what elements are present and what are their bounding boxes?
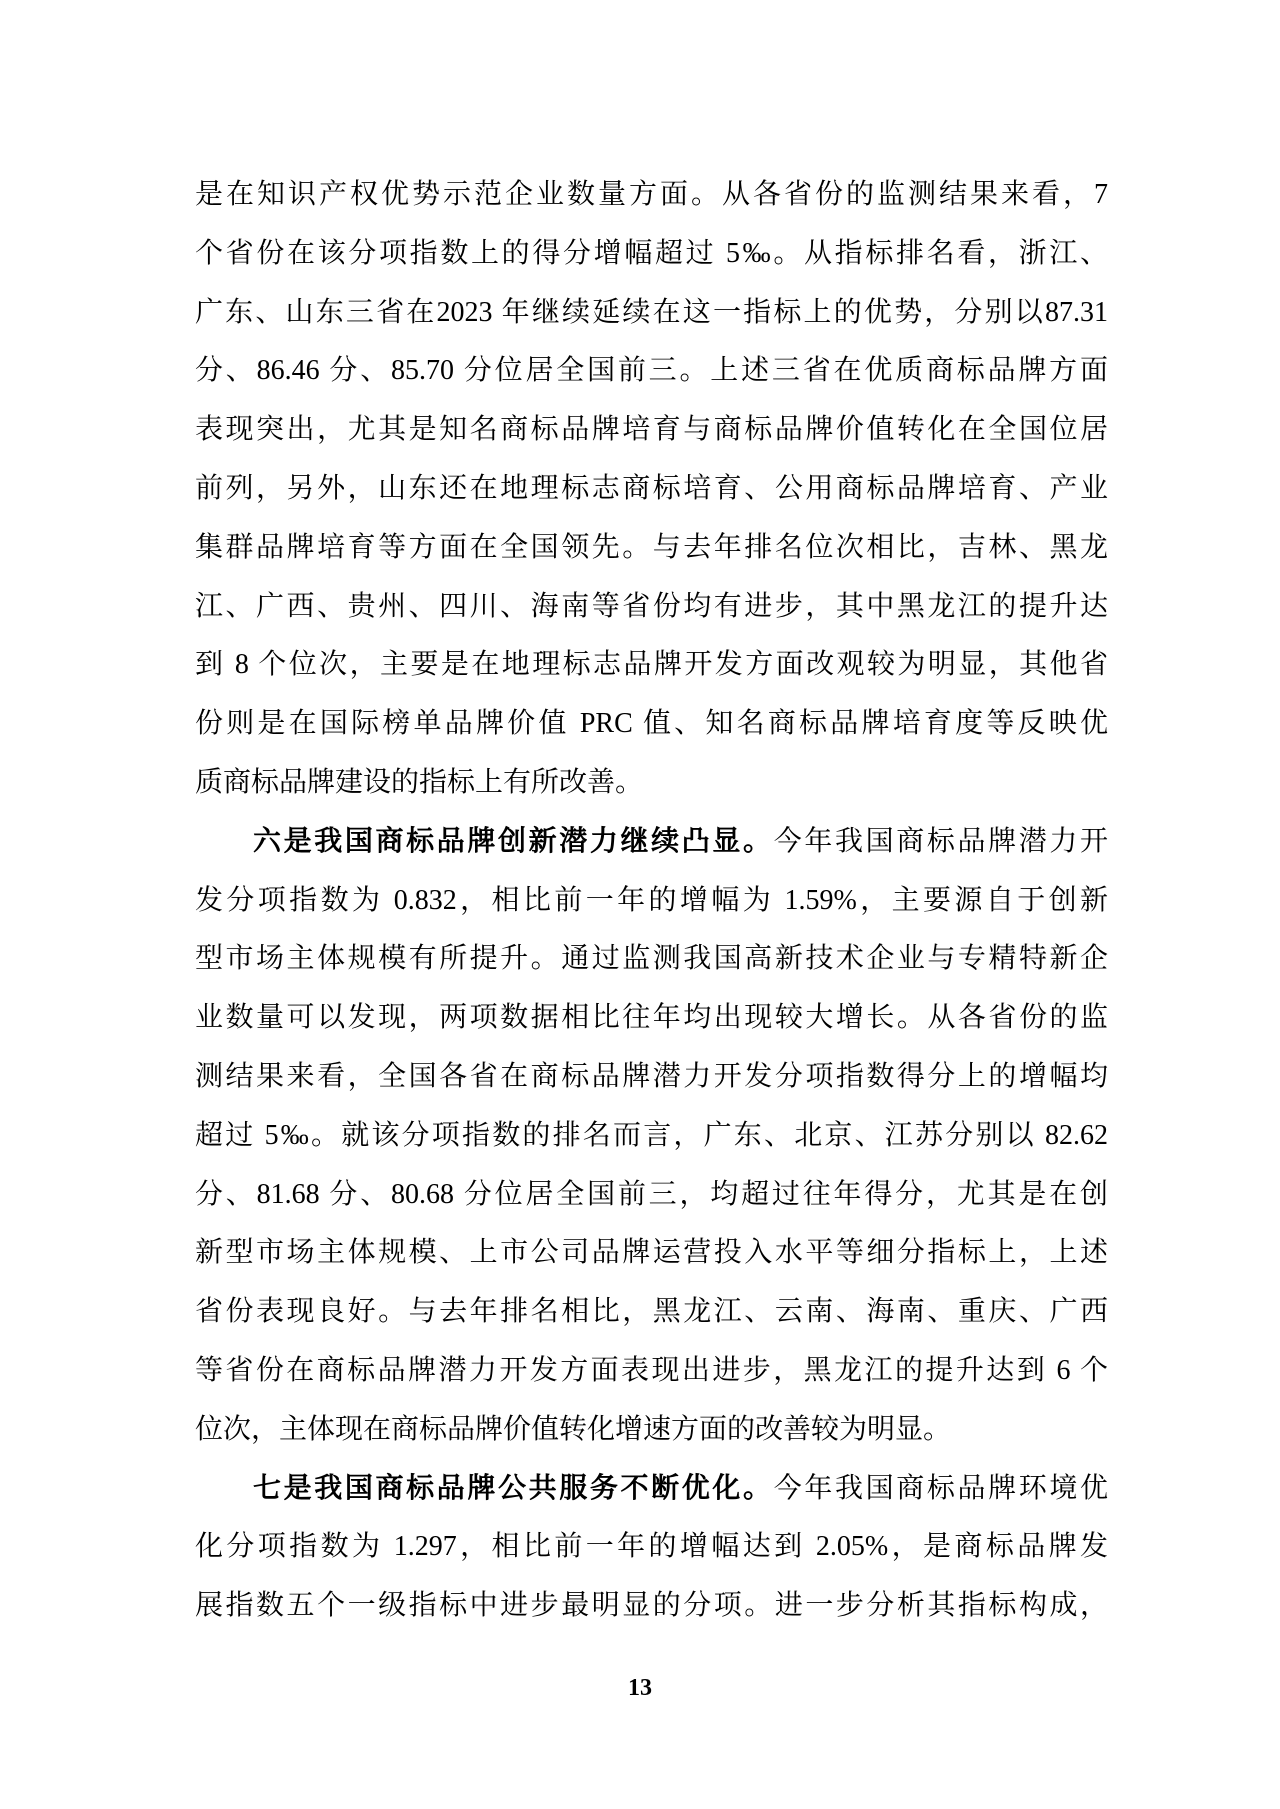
text-line: 表现突出，尤其是知名商标品牌培育与商标品牌价值转化在全国位居 bbox=[195, 401, 1108, 460]
line-text: 分、81.68 分、80.68 分位居全国前三，均超过往年得分，尤其是在创 bbox=[195, 1179, 1108, 1210]
paragraph-continued: 是在知识产权优势示范企业数量方面。从各省份的监测结果来看，7个省份在该分项指数上… bbox=[195, 166, 1108, 813]
paragraph-six: 六是我国商标品牌创新潜力继续凸显。今年我国商标品牌潜力开发分项指数为 0.832… bbox=[195, 813, 1108, 1460]
line-text: 份则是在国际榜单品牌价值 PRC 值、知名商标品牌培育度等反映优 bbox=[195, 708, 1108, 739]
text-line: 七是我国商标品牌公共服务不断优化。今年我国商标品牌环境优 bbox=[195, 1460, 1108, 1519]
text-line: 个省份在该分项指数上的得分增幅超过 5‰。从指标排名看，浙江、 bbox=[195, 225, 1108, 284]
page-number: 13 bbox=[0, 1668, 1280, 1708]
text-line: 位次，主体现在商标品牌价值转化增速方面的改善较为明显。 bbox=[195, 1401, 1108, 1460]
text-line: 测结果来看，全国各省在商标品牌潜力开发分项指数得分上的增幅均 bbox=[195, 1048, 1108, 1107]
document-page: 是在知识产权优势示范企业数量方面。从各省份的监测结果来看，7个省份在该分项指数上… bbox=[0, 0, 1280, 1809]
line-text: 省份表现良好。与去年排名相比，黑龙江、云南、海南、重庆、广西 bbox=[195, 1296, 1108, 1327]
line-text: 化分项指数为 1.297，相比前一年的增幅达到 2.05%，是商标品牌发 bbox=[195, 1531, 1108, 1562]
line-text: 今年我国商标品牌环境优 bbox=[774, 1473, 1108, 1504]
line-text: 表现突出，尤其是知名商标品牌培育与商标品牌价值转化在全国位居 bbox=[195, 414, 1108, 445]
line-text: 今年我国商标品牌潜力开 bbox=[774, 826, 1108, 857]
line-text: 等省份在商标品牌潜力开发方面表现出进步，黑龙江的提升达到 6 个 bbox=[195, 1355, 1108, 1386]
line-text: 型市场主体规模有所提升。通过监测我国高新技术企业与专精特新企 bbox=[195, 943, 1108, 974]
text-line: 集群品牌培育等方面在全国领先。与去年排名位次相比，吉林、黑龙 bbox=[195, 519, 1108, 578]
line-text: 分、86.46 分、85.70 分位居全国前三。上述三省在优质商标品牌方面 bbox=[195, 355, 1108, 386]
line-text: 江、广西、贵州、四川、海南等省份均有进步，其中黑龙江的提升达 bbox=[195, 591, 1108, 622]
line-text: 个省份在该分项指数上的得分增幅超过 5‰。从指标排名看，浙江、 bbox=[195, 238, 1108, 269]
text-line: 超过 5‰。就该分项指数的排名而言，广东、北京、江苏分别以 82.62 bbox=[195, 1107, 1108, 1166]
text-line: 省份表现良好。与去年排名相比，黑龙江、云南、海南、重庆、广西 bbox=[195, 1283, 1108, 1342]
paragraph-lead-bold: 七是我国商标品牌公共服务不断优化。 bbox=[253, 1473, 774, 1504]
text-line: 型市场主体规模有所提升。通过监测我国高新技术企业与专精特新企 bbox=[195, 930, 1108, 989]
text-block: 是在知识产权优势示范企业数量方面。从各省份的监测结果来看，7个省份在该分项指数上… bbox=[195, 166, 1108, 1636]
paragraph-lead-bold: 六是我国商标品牌创新潜力继续凸显。 bbox=[253, 826, 774, 857]
text-line: 等省份在商标品牌潜力开发方面表现出进步，黑龙江的提升达到 6 个 bbox=[195, 1342, 1108, 1401]
line-text: 超过 5‰。就该分项指数的排名而言，广东、北京、江苏分别以 82.62 bbox=[195, 1120, 1108, 1151]
line-text: 广东、山东三省在2023 年继续延续在这一指标上的优势，分别以87.31 bbox=[195, 297, 1108, 328]
line-text: 新型市场主体规模、上市公司品牌运营投入水平等细分指标上，上述 bbox=[195, 1237, 1108, 1268]
text-line: 前列，另外，山东还在地理标志商标培育、公用商标品牌培育、产业 bbox=[195, 460, 1108, 519]
line-text: 前列，另外，山东还在地理标志商标培育、公用商标品牌培育、产业 bbox=[195, 473, 1108, 504]
text-line: 展指数五个一级指标中进步最明显的分项。进一步分析其指标构成， bbox=[195, 1577, 1108, 1636]
text-line: 质商标品牌建设的指标上有所改善。 bbox=[195, 754, 1108, 813]
text-line: 新型市场主体规模、上市公司品牌运营投入水平等细分指标上，上述 bbox=[195, 1224, 1108, 1283]
line-text: 是在知识产权优势示范企业数量方面。从各省份的监测结果来看，7 bbox=[195, 179, 1108, 210]
text-line: 广东、山东三省在2023 年继续延续在这一指标上的优势，分别以87.31 bbox=[195, 284, 1108, 343]
line-text: 发分项指数为 0.832，相比前一年的增幅为 1.59%，主要源自于创新 bbox=[195, 885, 1108, 916]
text-line: 六是我国商标品牌创新潜力继续凸显。今年我国商标品牌潜力开 bbox=[195, 813, 1108, 872]
line-text: 位次，主体现在商标品牌价值转化增速方面的改善较为明显。 bbox=[195, 1414, 951, 1445]
line-text: 集群品牌培育等方面在全国领先。与去年排名位次相比，吉林、黑龙 bbox=[195, 532, 1108, 563]
text-line: 分、81.68 分、80.68 分位居全国前三，均超过往年得分，尤其是在创 bbox=[195, 1166, 1108, 1225]
text-line: 是在知识产权优势示范企业数量方面。从各省份的监测结果来看，7 bbox=[195, 166, 1108, 225]
line-text: 展指数五个一级指标中进步最明显的分项。进一步分析其指标构成， bbox=[195, 1590, 1108, 1621]
text-line: 发分项指数为 0.832，相比前一年的增幅为 1.59%，主要源自于创新 bbox=[195, 872, 1108, 931]
line-text: 测结果来看，全国各省在商标品牌潜力开发分项指数得分上的增幅均 bbox=[195, 1061, 1108, 1092]
line-text: 质商标品牌建设的指标上有所改善。 bbox=[195, 767, 643, 798]
text-line: 分、86.46 分、85.70 分位居全国前三。上述三省在优质商标品牌方面 bbox=[195, 342, 1108, 401]
text-line: 份则是在国际榜单品牌价值 PRC 值、知名商标品牌培育度等反映优 bbox=[195, 695, 1108, 754]
text-line: 化分项指数为 1.297，相比前一年的增幅达到 2.05%，是商标品牌发 bbox=[195, 1518, 1108, 1577]
text-line: 业数量可以发现，两项数据相比往年均出现较大增长。从各省份的监 bbox=[195, 989, 1108, 1048]
line-text: 到 8 个位次，主要是在地理标志品牌开发方面改观较为明显，其他省 bbox=[195, 649, 1108, 680]
text-line: 到 8 个位次，主要是在地理标志品牌开发方面改观较为明显，其他省 bbox=[195, 636, 1108, 695]
text-line: 江、广西、贵州、四川、海南等省份均有进步，其中黑龙江的提升达 bbox=[195, 578, 1108, 637]
paragraph-seven: 七是我国商标品牌公共服务不断优化。今年我国商标品牌环境优化分项指数为 1.297… bbox=[195, 1460, 1108, 1636]
line-text: 业数量可以发现，两项数据相比往年均出现较大增长。从各省份的监 bbox=[195, 1002, 1108, 1033]
